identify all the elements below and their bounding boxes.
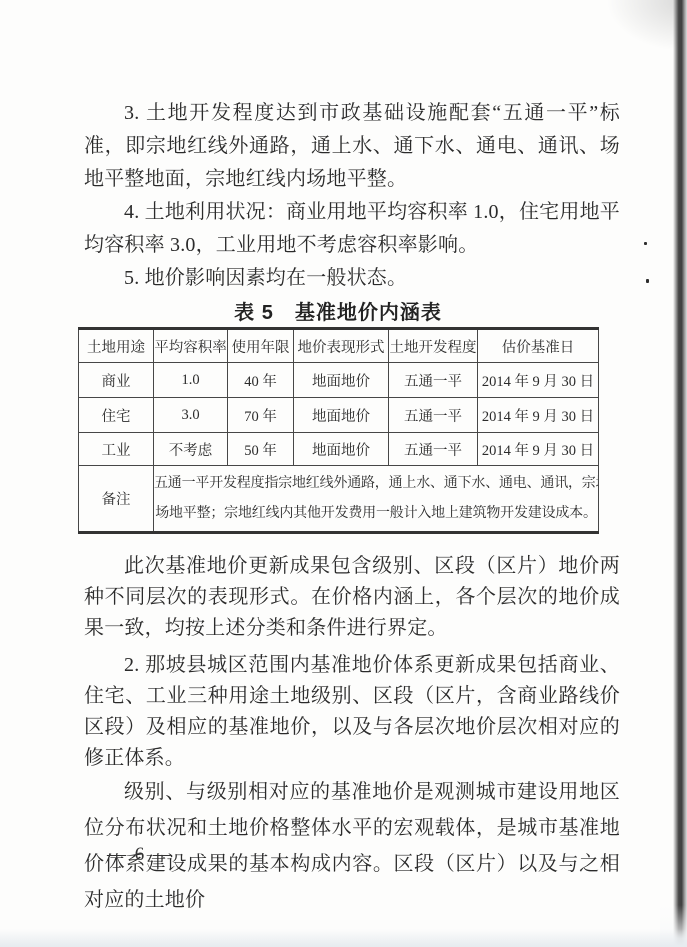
table-cell: 2014 年 9 月 30 日 <box>478 433 599 466</box>
table-cell: 3.0 <box>154 398 228 433</box>
paragraph-land-use-status: 4. 土地利用状况：商业用地平均容积率 1.0，住宅用地平均容积率 3.0，工业… <box>84 196 620 262</box>
scanned-document-page: { "colors": { "page_background": "#fdfdf… <box>0 0 687 947</box>
remark-line-1: 五通一平开发程度指宗地红线外通路，通上水、通下水、通电、通讯，宗地红线内 <box>154 469 598 499</box>
paragraph-price-factors: 5. 地价影响因素均在一般状态。 <box>84 262 620 295</box>
table-header-cell: 使用年限 <box>228 329 294 363</box>
table-row-industrial: 工业 不考虑 50 年 地面地价 五通一平 2014 年 9 月 30 日 <box>79 433 599 466</box>
table-row-residential: 住宅 3.0 70 年 地面地价 五通一平 2014 年 9 月 30 日 <box>79 398 599 433</box>
scan-speck <box>644 242 647 245</box>
table-title: 表 5 基准地价内涵表 <box>78 300 598 326</box>
table-cell: 地面地价 <box>294 363 389 398</box>
table-header-cell: 平均容积率 <box>154 329 228 363</box>
paragraph-update-results: 此次基准地价更新成果包含级别、区段（区片）地价两种不同层次的表现形式。在价格内涵… <box>84 551 620 644</box>
table-cell: 40 年 <box>228 363 294 398</box>
table-header-cell: 土地用途 <box>79 329 154 363</box>
table-cell: 2014 年 9 月 30 日 <box>478 398 599 433</box>
table-row-commercial: 商业 1.0 40 年 地面地价 五通一平 2014 年 9 月 30 日 <box>79 363 599 398</box>
table-header-cell: 土地开发程度 <box>389 329 478 363</box>
table-cell: 2014 年 9 月 30 日 <box>478 363 599 398</box>
table-cell: 住宅 <box>79 398 154 433</box>
table-header-cell: 估价基准日 <box>478 329 599 363</box>
table-remark-row: 备注 五通一平开发程度指宗地红线外通路，通上水、通下水、通电、通讯，宗地红线内 … <box>79 466 599 533</box>
table-cell: 工业 <box>79 433 154 466</box>
table-cell: 1.0 <box>154 363 228 398</box>
benchmark-land-price-table: 土地用途 平均容积率 使用年限 地价表现形式 土地开发程度 估价基准日 商业 1… <box>78 327 599 534</box>
table-cell: 不考虑 <box>154 433 228 466</box>
page-number: — 6 — <box>107 845 174 865</box>
scan-edge-strip <box>673 0 687 947</box>
table-cell: 五通一平 <box>389 433 478 466</box>
remark-label: 备注 <box>79 466 154 533</box>
table-cell: 50 年 <box>228 433 294 466</box>
table-cell: 五通一平 <box>389 363 478 398</box>
table-cell: 五通一平 <box>389 398 478 433</box>
table-cell: 商业 <box>79 363 154 398</box>
scan-bottom-band <box>0 929 687 947</box>
remark-text-cell: 五通一平开发程度指宗地红线外通路，通上水、通下水、通电、通讯，宗地红线内 场地平… <box>154 466 599 533</box>
scan-speck <box>646 279 649 283</box>
table-cell: 70 年 <box>228 398 294 433</box>
remark-line-2: 场地平整；宗地红线内其他开发费用一般计入地上建筑物开发建设成本。 <box>154 499 598 529</box>
table-header-row: 土地用途 平均容积率 使用年限 地价表现形式 土地开发程度 估价基准日 <box>79 329 599 363</box>
intro-paragraphs: 3. 土地开发程度达到市政基础设施配套“五通一平”标准，即宗地红线外通路，通上水… <box>84 97 620 295</box>
table-cell: 地面地价 <box>294 398 389 433</box>
table-cell: 地面地价 <box>294 433 389 466</box>
paragraph-land-development: 3. 土地开发程度达到市政基础设施配套“五通一平”标准，即宗地红线外通路，通上水… <box>84 97 620 196</box>
paragraph-napo-county: 2. 那坡县城区范围内基准地价体系更新成果包括商业、住宅、工业三种用途土地级别、… <box>84 650 620 774</box>
table-header-cell: 地价表现形式 <box>294 329 389 363</box>
